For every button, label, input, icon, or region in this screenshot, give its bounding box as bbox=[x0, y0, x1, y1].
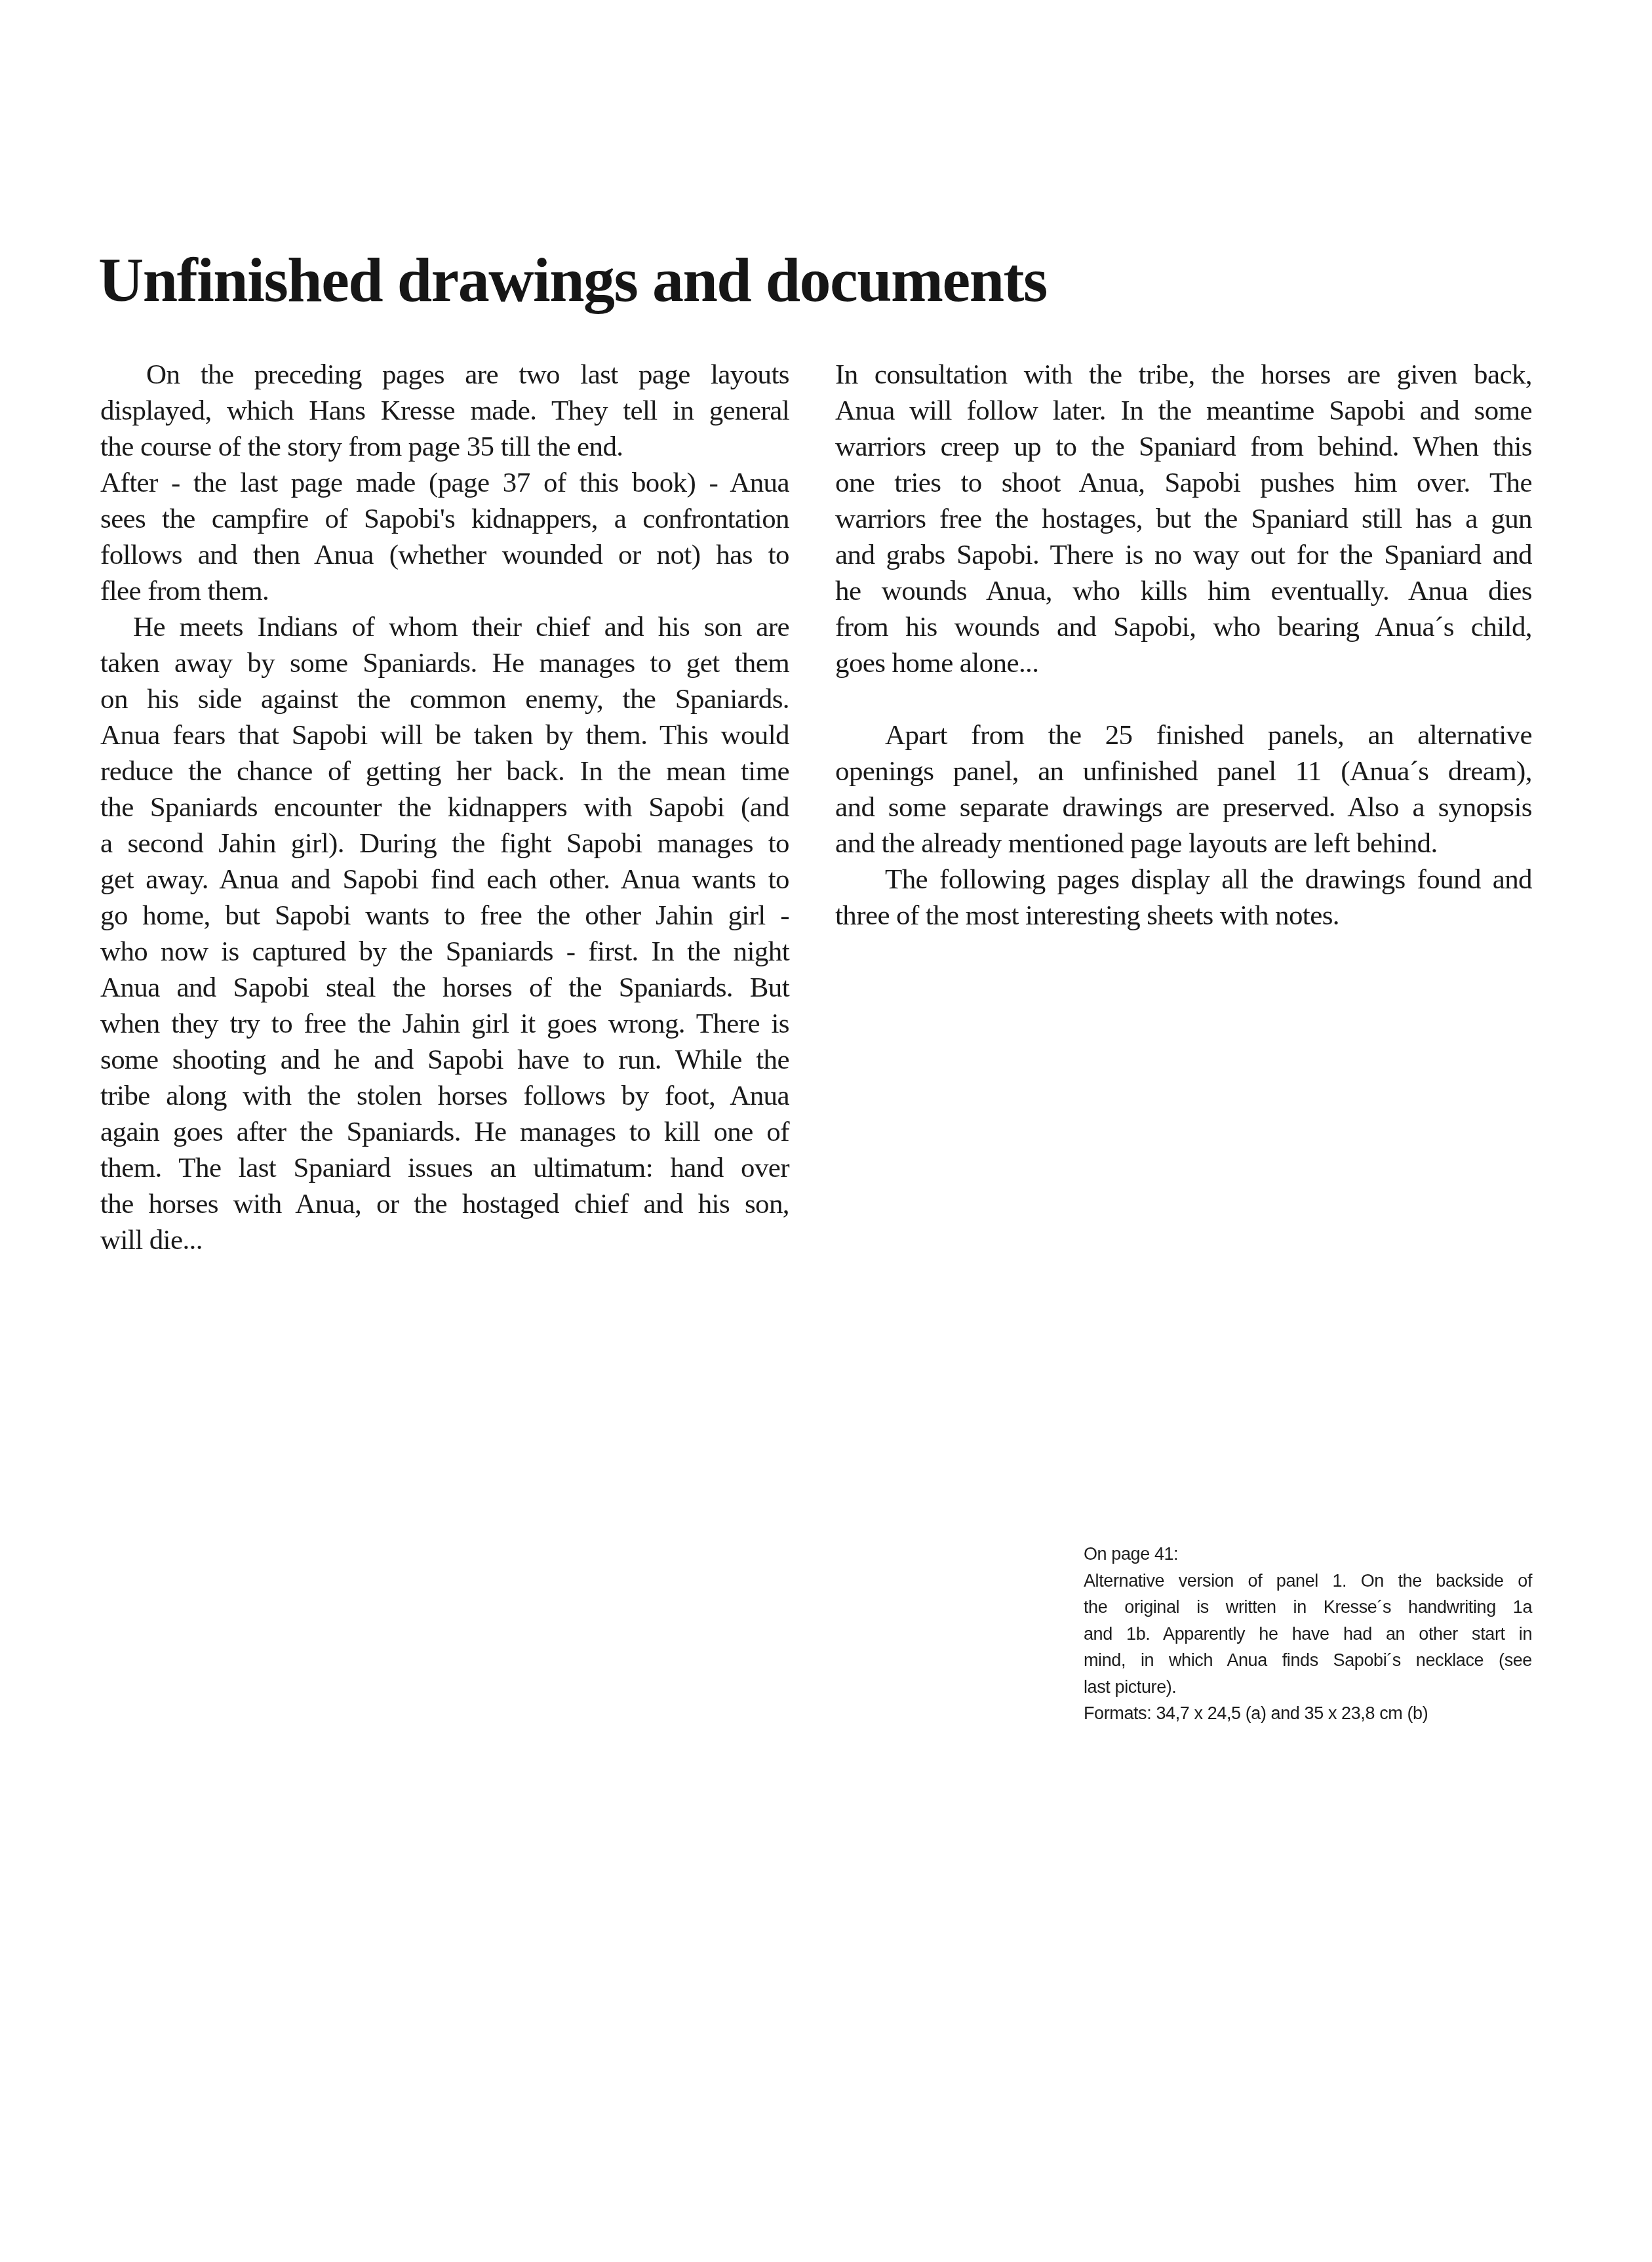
text-line: get away. Anua and Sapobi find each othe… bbox=[100, 862, 789, 898]
text-line: warriors creep up to the Spaniard from b… bbox=[835, 429, 1532, 465]
caption-line: and 1b. Apparently he have had an other … bbox=[1084, 1621, 1532, 1648]
text-line: goes home alone... bbox=[835, 645, 1532, 681]
text-line: reduce the chance of getting her back. I… bbox=[100, 753, 789, 789]
text-line: and some separate drawings are preserved… bbox=[835, 789, 1532, 825]
text-line: some shooting and he and Sapobi have to … bbox=[100, 1042, 789, 1078]
page-title: Unfinished drawings and documents bbox=[98, 244, 1047, 316]
paragraph-consultation: In consultation with the tribe, the hors… bbox=[835, 357, 1532, 681]
paragraph-spacer bbox=[835, 681, 1532, 717]
text-line: After - the last page made (page 37 of t… bbox=[100, 465, 789, 501]
text-line: go home, but Sapobi wants to free the ot… bbox=[100, 898, 789, 934]
text-line: and grabs Sapobi. There is no way out fo… bbox=[835, 537, 1532, 573]
text-line: The following pages display all the draw… bbox=[835, 862, 1532, 898]
text-line: he wounds Anua, who kills him eventually… bbox=[835, 573, 1532, 609]
text-line: Anua and Sapobi steal the horses of the … bbox=[100, 970, 789, 1006]
text-line: the course of the story from page 35 til… bbox=[100, 429, 789, 465]
text-line: Apart from the 25 finished panels, an al… bbox=[835, 717, 1532, 753]
text-line: sees the campfire of Sapobi's kidnappers… bbox=[100, 501, 789, 537]
paragraph-following: The following pages display all the draw… bbox=[835, 862, 1532, 934]
text-line: when they try to free the Jahin girl it … bbox=[100, 1006, 789, 1042]
caption-line: Alternative version of panel 1. On the b… bbox=[1084, 1568, 1532, 1595]
text-line: three of the most interesting sheets wit… bbox=[835, 898, 1532, 934]
text-line: who now is captured by the Spaniards - f… bbox=[100, 934, 789, 970]
text-line: again goes after the Spaniards. He manag… bbox=[100, 1114, 789, 1150]
text-line: Anua will follow later. In the meantime … bbox=[835, 393, 1532, 429]
text-line: the horses with Anua, or the hostaged ch… bbox=[100, 1186, 789, 1222]
paragraph-apart: Apart from the 25 finished panels, an al… bbox=[835, 717, 1532, 862]
text-line: the Spaniards encounter the kidnappers w… bbox=[100, 789, 789, 825]
text-line: follows and then Anua (whether wounded o… bbox=[100, 537, 789, 573]
text-line: taken away by some Spaniards. He manages… bbox=[100, 645, 789, 681]
text-line: will die... bbox=[100, 1222, 789, 1258]
caption-formats: Formats: 34,7 x 24,5 (a) and 35 x 23,8 c… bbox=[1084, 1700, 1532, 1727]
text-line: warriors free the hostages, but the Span… bbox=[835, 501, 1532, 537]
text-line: and the already mentioned page layouts a… bbox=[835, 825, 1532, 862]
text-line: one tries to shoot Anua, Sapobi pushes h… bbox=[835, 465, 1532, 501]
text-line: on his side against the common enemy, th… bbox=[100, 681, 789, 717]
text-line: a second Jahin girl). During the fight S… bbox=[100, 825, 789, 862]
text-line: from his wounds and Sapobi, who bearing … bbox=[835, 609, 1532, 645]
text-line: openings panel, an unfinished panel 11 (… bbox=[835, 753, 1532, 789]
caption-line: the original is written in Kresse´s hand… bbox=[1084, 1594, 1532, 1621]
paragraph-indians: He meets Indians of whom their chief and… bbox=[100, 609, 789, 1258]
text-line: flee from them. bbox=[100, 573, 789, 609]
text-line: Anua fears that Sapobi will be taken by … bbox=[100, 717, 789, 753]
text-line: displayed, which Hans Kresse made. They … bbox=[100, 393, 789, 429]
image-caption: On page 41: Alternative version of panel… bbox=[1084, 1541, 1532, 1727]
text-line: He meets Indians of whom their chief and… bbox=[100, 609, 789, 645]
paragraph-after: After - the last page made (page 37 of t… bbox=[100, 465, 789, 609]
caption-line: mind, in which Anua finds Sapobi´s neckl… bbox=[1084, 1647, 1532, 1674]
text-line: In consultation with the tribe, the hors… bbox=[835, 357, 1532, 393]
left-text-column: On the preceding pages are two last page… bbox=[100, 357, 789, 1258]
right-text-column: In consultation with the tribe, the hors… bbox=[835, 357, 1532, 934]
text-line: them. The last Spaniard issues an ultima… bbox=[100, 1150, 789, 1186]
paragraph-intro: On the preceding pages are two last page… bbox=[100, 357, 789, 465]
caption-line: last picture). bbox=[1084, 1674, 1532, 1701]
text-line: On the preceding pages are two last page… bbox=[100, 357, 789, 393]
caption-heading: On page 41: bbox=[1084, 1541, 1532, 1568]
text-line: tribe along with the stolen horses follo… bbox=[100, 1078, 789, 1114]
